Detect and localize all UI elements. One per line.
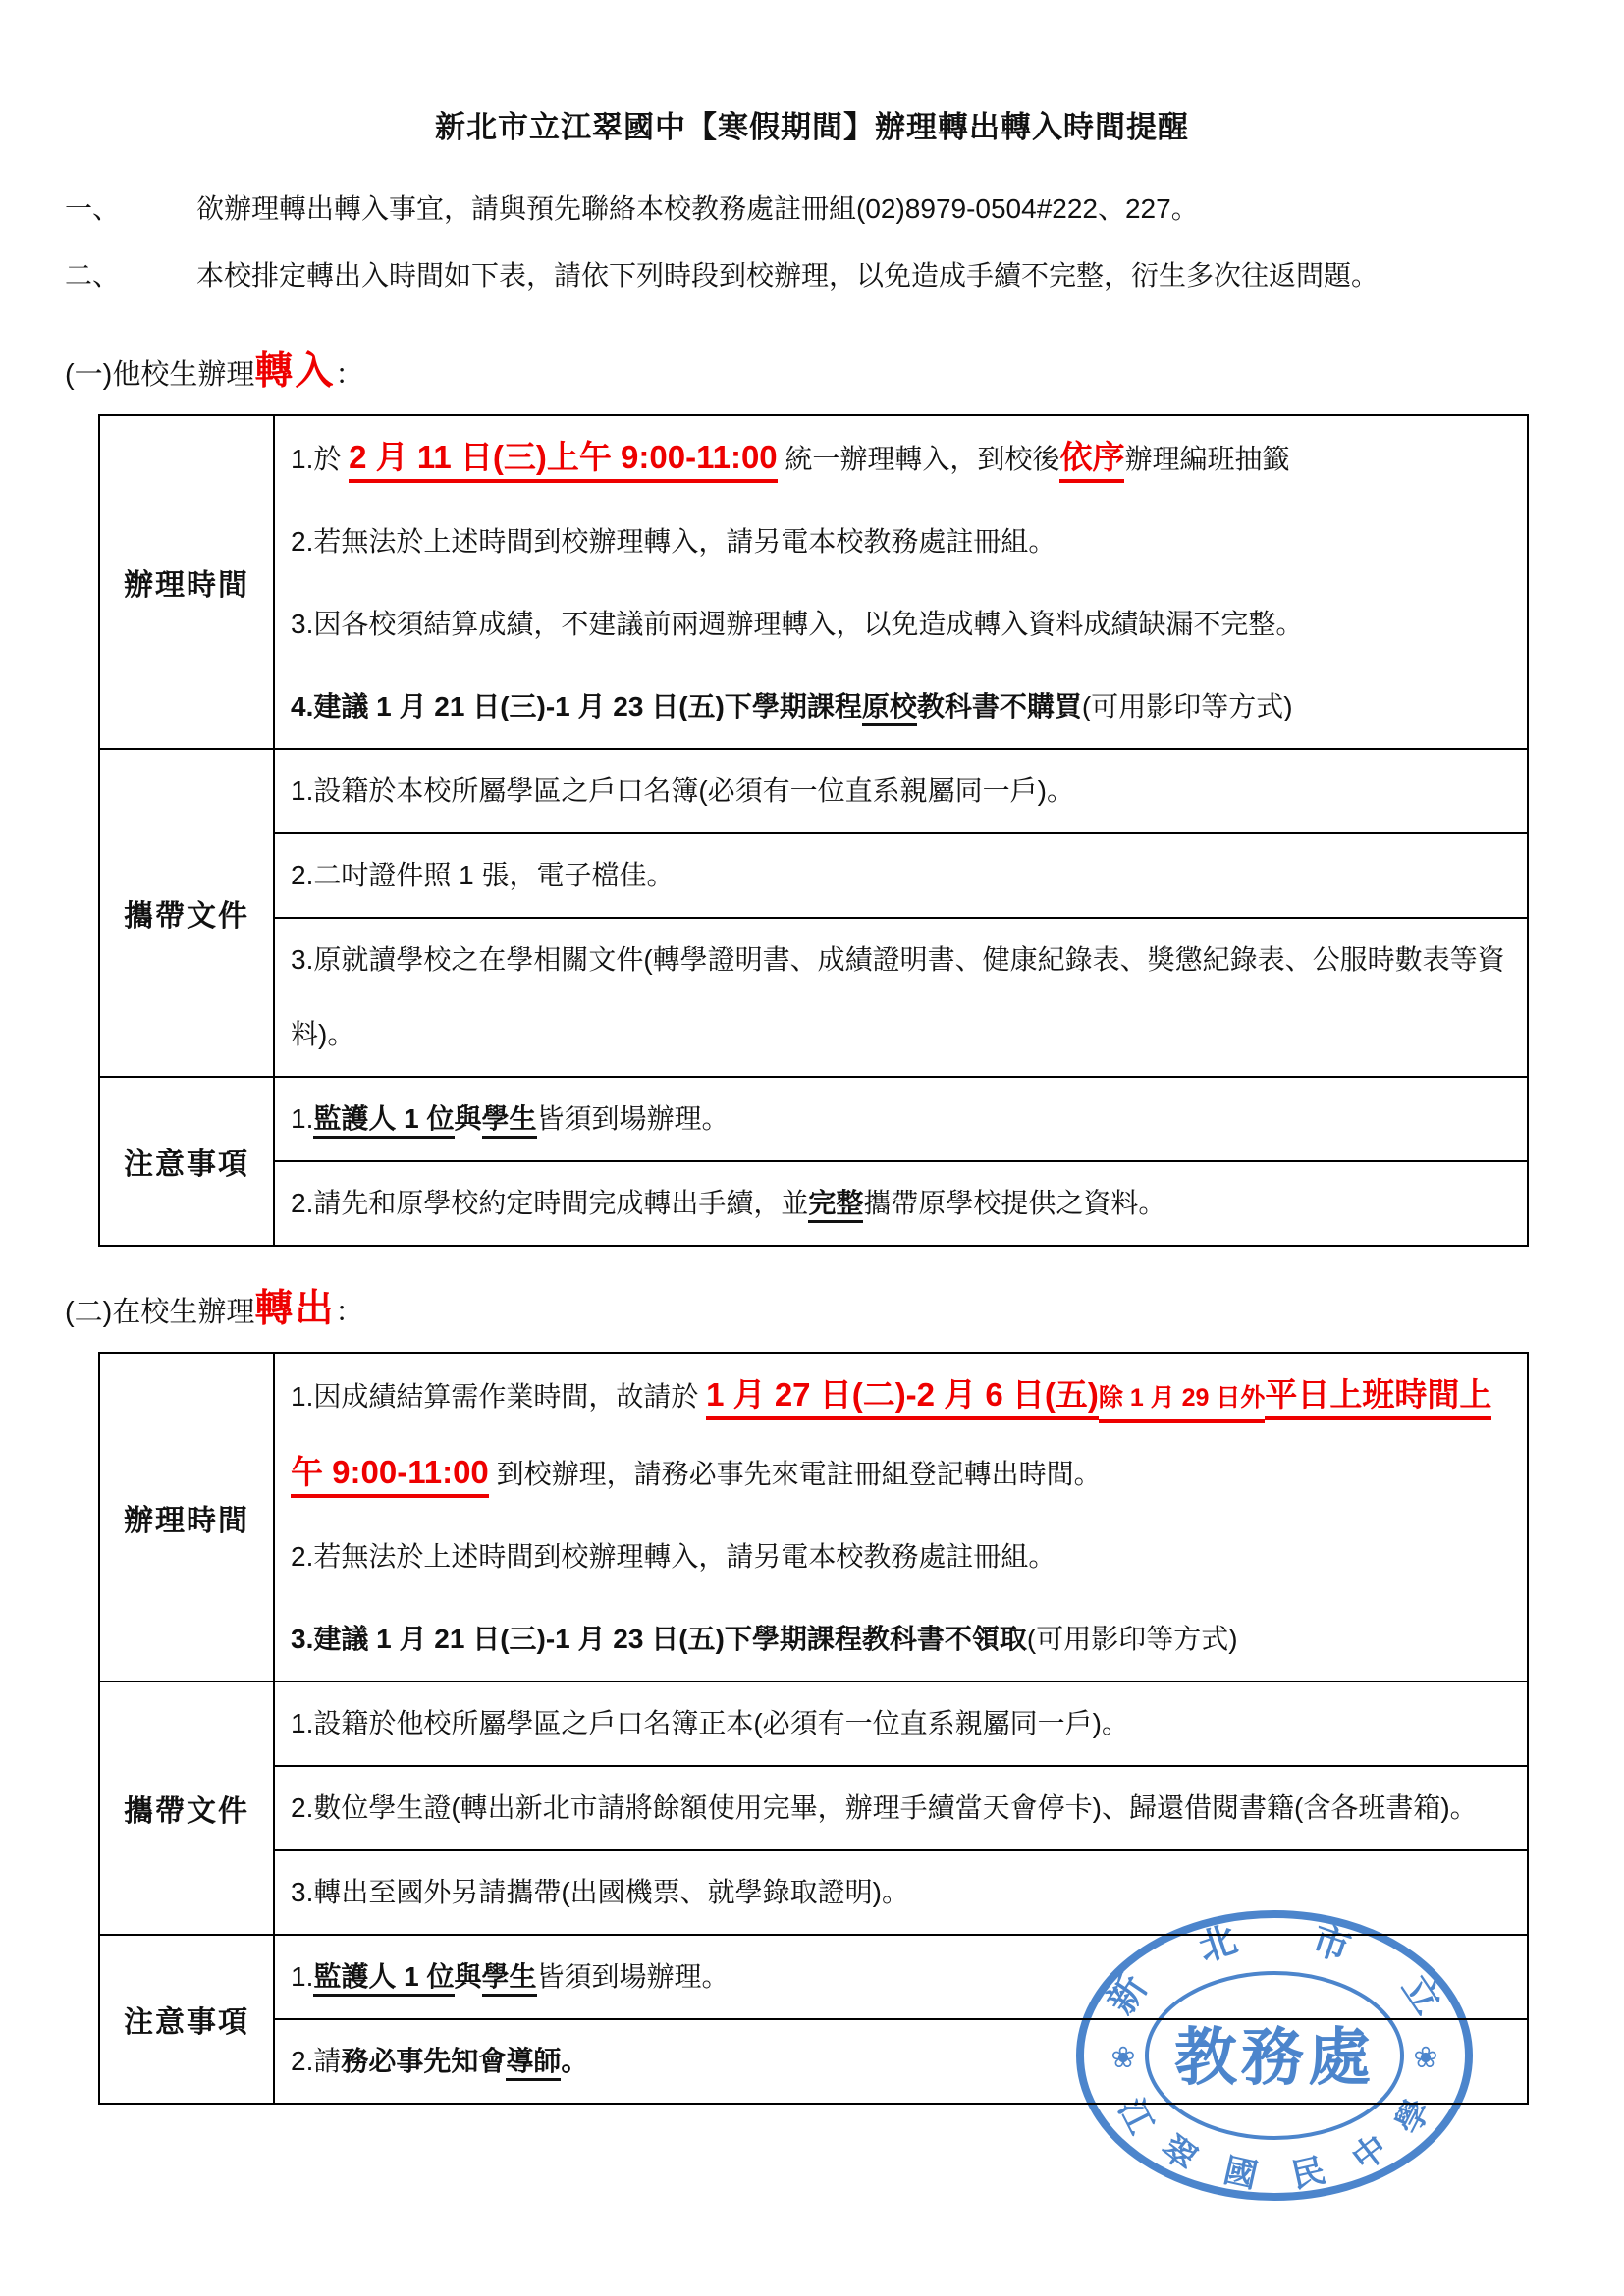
- row-header-cell: 辦理時間: [100, 1354, 275, 1681]
- text-segment: 務必事先知會: [341, 2046, 506, 2076]
- text-segment: 2.請先和原學校約定時間完成轉出手續，並: [291, 1188, 808, 1218]
- text-segment: 監護人 1 位: [313, 1103, 454, 1139]
- stamp-arc-bottom-char: 民: [1288, 2152, 1328, 2196]
- section-caption-transfer-out: (二)在校生辦理轉出：: [65, 1284, 1559, 1338]
- text-segment: 與: [455, 1961, 482, 1992]
- table-row: 攜帶文件1.設籍於本校所屬學區之戶口名簿(必須有一位直系親屬同一戶)。2.二吋證…: [100, 748, 1527, 1076]
- text-segment: 4.: [291, 691, 313, 721]
- text-segment: 完整: [808, 1188, 863, 1223]
- text-segment: 1.於: [291, 444, 349, 474]
- intro-item-1: 一、 欲辦理轉出轉入事宜，請與預先聯絡本校教務處註冊組(02)8979-0504…: [65, 176, 1559, 242]
- text-segment: 3.: [291, 1624, 313, 1654]
- cell-item: 2.二吋證件照 1 張，電子檔佳。: [275, 832, 1527, 917]
- caption-highlight: 轉出: [254, 1288, 335, 1330]
- text-segment: 學生: [482, 1961, 537, 1997]
- list-marker: 一、: [65, 176, 196, 242]
- stamp-arc-bottom-char: 翠: [1154, 2128, 1203, 2178]
- document-page: 新北市立江翠國中【寒假期間】辦理轉出轉入時間提醒 一、 欲辦理轉出轉入事宜，請與…: [0, 0, 1624, 2296]
- table-row: 注意事項1.監護人 1 位與學生皆須到場辦理。2.請務必事先知會導師。: [100, 1934, 1527, 2103]
- text-segment: 皆須到場辦理。: [537, 1961, 730, 1992]
- text-segment: 攜帶原學校提供之資料。: [863, 1188, 1165, 1218]
- row-content-cell: 1.監護人 1 位與學生皆須到場辦理。2.請先和原學校約定時間完成轉出手續，並完…: [275, 1078, 1527, 1245]
- row-content-cell: 1.設籍於本校所屬學區之戶口名簿(必須有一位直系親屬同一戶)。2.二吋證件照 1…: [275, 750, 1527, 1076]
- table-row: 注意事項1.監護人 1 位與學生皆須到場辦理。2.請先和原學校約定時間完成轉出手…: [100, 1076, 1527, 1245]
- text-segment: 1.設籍於他校所屬學區之戶口名簿正本(必須有一位直系親屬同一戶)。: [291, 1708, 1129, 1738]
- row-content-cell: 1.監護人 1 位與學生皆須到場辦理。2.請務必事先知會導師。: [275, 1936, 1527, 2103]
- caption-highlight: 轉入: [254, 350, 335, 393]
- transfer-out-table: 辦理時間1.因成績結算需作業時間，故請於 1 月 27 日(二)-2 月 6 日…: [98, 1352, 1529, 2105]
- row-header-cell: 注意事項: [100, 1078, 275, 1245]
- text-segment: 學生: [482, 1103, 537, 1139]
- table-row: 辦理時間1.於 2 月 11 日(三)上午 9:00-11:00 統一辦理轉入，…: [100, 416, 1527, 748]
- text-segment: 皆須到場辦理。: [537, 1103, 730, 1134]
- cell-item: 4.建議 1 月 21 日(三)-1 月 23 日(五)下學期課程原校教科書不購…: [275, 666, 1527, 748]
- cell-item: 3.轉出至國外另請攜帶(出國機票、就學錄取證明)。: [275, 1849, 1527, 1934]
- text-segment: 教科書不購買: [917, 691, 1082, 721]
- cell-item: 1.設籍於他校所屬學區之戶口名簿正本(必須有一位直系親屬同一戶)。: [275, 1682, 1527, 1765]
- text-segment: 到校辦理，請務必事先來電註冊組登記轉出時間。: [489, 1459, 1102, 1489]
- text-segment: (可用影印等方式): [1082, 691, 1293, 721]
- text-segment: 建議 1 月 21 日(三)-1 月 23 日(五)下學期課程: [313, 691, 862, 721]
- cell-item: 1.監護人 1 位與學生皆須到場辦理。: [275, 1078, 1527, 1160]
- caption-prefix: (二)在校生辦理: [65, 1297, 254, 1328]
- table-row: 攜帶文件1.設籍於他校所屬學區之戶口名簿正本(必須有一位直系親屬同一戶)。2.數…: [100, 1681, 1527, 1934]
- cell-item: 1.設籍於本校所屬學區之戶口名簿(必須有一位直系親屬同一戶)。: [275, 750, 1527, 832]
- text-segment: 原校: [862, 691, 917, 726]
- stamp-arc-bottom-char: 中: [1345, 2128, 1394, 2178]
- intro-text: 本校排定轉出入時間如下表，請依下列時段到校辦理，以免造成手續不完整，衍生多次往返…: [196, 242, 1559, 309]
- text-segment: (可用影印等方式): [1027, 1624, 1238, 1654]
- text-segment: 1.: [291, 1961, 313, 1992]
- stamp-arc-bottom-char: 國: [1220, 2152, 1261, 2196]
- table-row: 辦理時間1.因成績結算需作業時間，故請於 1 月 27 日(二)-2 月 6 日…: [100, 1354, 1527, 1681]
- section-caption-transfer-in: (一)他校生辦理轉入：: [65, 347, 1559, 400]
- intro-text: 欲辦理轉出轉入事宜，請與預先聯絡本校教務處註冊組(02)8979-0504#22…: [196, 176, 1559, 242]
- cell-item: 3.因各校須結算成績，不建議前兩週辦理轉入，以免造成轉入資料成績缺漏不完整。: [275, 583, 1527, 666]
- cell-item: 2.數位學生證(轉出新北市請將餘額使用完畢，辦理手續當天會停卡)、歸還借閱書籍(…: [275, 1765, 1527, 1849]
- text-segment: 。: [561, 2046, 588, 2076]
- row-header-cell: 注意事項: [100, 1936, 275, 2103]
- text-segment: 2.若無法於上述時間到校辦理轉入，請另電本校教務處註冊組。: [291, 1541, 1056, 1572]
- cell-item: 3.原就讀學校之在學相關文件(轉學證明書、成績證明書、健康紀錄表、獎懲紀錄表、公…: [275, 917, 1527, 1076]
- document-title: 新北市立江翠國中【寒假期間】辦理轉出轉入時間提醒: [65, 102, 1559, 146]
- text-segment: 與: [455, 1103, 482, 1134]
- cell-item: 2.若無法於上述時間到校辦理轉入，請另電本校教務處註冊組。: [275, 501, 1527, 583]
- row-content-cell: 1.因成績結算需作業時間，故請於 1 月 27 日(二)-2 月 6 日(五)除…: [275, 1354, 1527, 1681]
- text-segment: 3.轉出至國外另請攜帶(出國機票、就學錄取證明)。: [291, 1877, 909, 1907]
- caption-prefix: (一)他校生辦理: [65, 359, 254, 391]
- text-segment: 辦理編班抽籤: [1124, 444, 1289, 474]
- text-segment: 除 1 月 29 日外: [1099, 1384, 1266, 1423]
- text-segment: 1.因成績結算需作業時間，故請於: [291, 1381, 706, 1412]
- text-segment: 監護人 1 位: [313, 1961, 454, 1997]
- text-segment: 2.數位學生證(轉出新北市請將餘額使用完畢，辦理手續當天會停卡)、歸還借閱書籍(…: [291, 1792, 1478, 1823]
- cell-item: 1.因成績結算需作業時間，故請於 1 月 27 日(二)-2 月 6 日(五)除…: [275, 1354, 1527, 1516]
- text-segment: 依序: [1059, 439, 1124, 483]
- text-segment: 1.: [291, 1103, 313, 1134]
- row-content-cell: 1.設籍於他校所屬學區之戶口名簿正本(必須有一位直系親屬同一戶)。2.數位學生證…: [275, 1682, 1527, 1934]
- cell-item: 1.監護人 1 位與學生皆須到場辦理。: [275, 1936, 1527, 2018]
- text-segment: 建議 1 月 21 日(三)-1 月 23 日(五)下學期課程教科書不領取: [313, 1624, 1027, 1654]
- transfer-in-table: 辦理時間1.於 2 月 11 日(三)上午 9:00-11:00 統一辦理轉入，…: [98, 414, 1529, 1247]
- list-marker: 二、: [65, 242, 196, 309]
- text-segment: 2 月 11 日(三)上午 9:00-11:00: [349, 439, 778, 483]
- intro-list: 一、 欲辦理轉出轉入事宜，請與預先聯絡本校教務處註冊組(02)8979-0504…: [65, 176, 1559, 309]
- text-segment: 1 月 27 日(二)-2 月 6 日(五): [706, 1376, 1099, 1420]
- text-segment: 2.二吋證件照 1 張，電子檔佳。: [291, 860, 674, 890]
- row-header-cell: 辦理時間: [100, 416, 275, 748]
- text-segment: 統一辦理轉入，到校後: [778, 444, 1060, 474]
- text-segment: 2.若無法於上述時間到校辦理轉入，請另電本校教務處註冊組。: [291, 526, 1056, 557]
- cell-item: 2.請務必事先知會導師。: [275, 2018, 1527, 2103]
- cell-item: 2.請先和原學校約定時間完成轉出手續，並完整攜帶原學校提供之資料。: [275, 1160, 1527, 1245]
- row-header-cell: 攜帶文件: [100, 1682, 275, 1934]
- row-content-cell: 1.於 2 月 11 日(三)上午 9:00-11:00 統一辦理轉入，到校後依…: [275, 416, 1527, 748]
- intro-item-2: 二、 本校排定轉出入時間如下表，請依下列時段到校辦理，以免造成手續不完整，衍生多…: [65, 242, 1559, 309]
- cell-item: 2.若無法於上述時間到校辦理轉入，請另電本校教務處註冊組。: [275, 1516, 1527, 1598]
- text-segment: 1.設籍於本校所屬學區之戶口名簿(必須有一位直系親屬同一戶)。: [291, 775, 1074, 806]
- caption-suffix: ：: [335, 359, 363, 391]
- text-segment: 2.請: [291, 2046, 341, 2076]
- cell-item: 1.於 2 月 11 日(三)上午 9:00-11:00 統一辦理轉入，到校後依…: [275, 416, 1527, 501]
- text-segment: 3.因各校須結算成績，不建議前兩週辦理轉入，以免造成轉入資料成績缺漏不完整。: [291, 609, 1303, 639]
- row-header-cell: 攜帶文件: [100, 750, 275, 1076]
- cell-item: 3.建議 1 月 21 日(三)-1 月 23 日(五)下學期課程教科書不領取(…: [275, 1598, 1527, 1681]
- text-segment: 3.原就讀學校之在學相關文件(轉學證明書、成績證明書、健康紀錄表、獎懲紀錄表、公…: [291, 944, 1505, 1049]
- text-segment: 導師: [506, 2046, 561, 2081]
- caption-suffix: ：: [335, 1297, 363, 1328]
